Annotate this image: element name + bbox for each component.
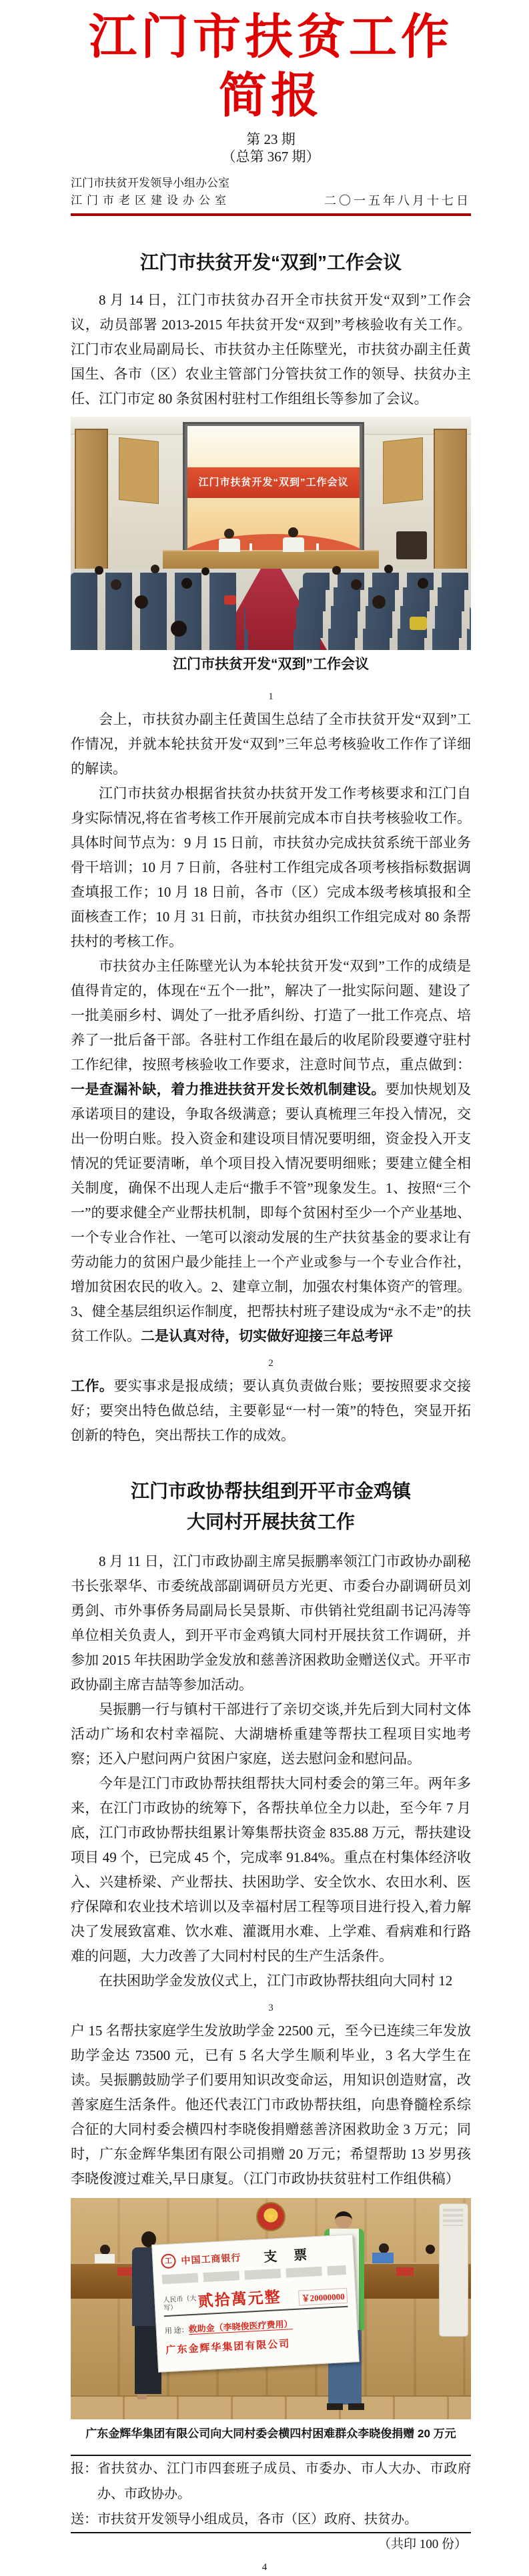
woman-foot <box>137 2394 147 2399</box>
p4-tail: 要实事求是报成绩；要认真负责做台账；要按照要求交接好；要突出特色做总结，主要彰显… <box>71 1378 471 1443</box>
man-shoe <box>348 2403 364 2410</box>
red-name-card <box>396 2267 414 2276</box>
check-purpose-label: 用 途： <box>165 2326 189 2335</box>
right-wood-panel <box>383 437 423 504</box>
issue-date: 二〇一五年八月十七日 <box>324 191 471 209</box>
national-emblem: ★ <box>256 2202 286 2231</box>
masthead: 江门市扶贫工作简报 第 23 期 （总第 367 期） 江门市扶贫开发领导小组办… <box>71 8 471 216</box>
cumulative-issue-number: （总第 367 期） <box>71 148 471 165</box>
p4-bold-continued: 工作。 <box>71 1378 113 1394</box>
attendee-head <box>384 565 393 573</box>
giant-check: 工 中国工商银行 支 票 人民币（大写） 贰拾萬元整 ￥20000000 用 途… <box>151 2234 360 2373</box>
article1-paragraph-2: 会上，市扶贫办副主任黄国生总结了全市扶贫开发“双到”工作情况，并就本轮扶贫开发“… <box>71 707 471 781</box>
check-title: 支 票 <box>263 2243 314 2265</box>
attendee-head <box>201 567 209 575</box>
page-number-1: 1 <box>71 690 471 703</box>
attendee-red-shirt <box>224 595 236 605</box>
send-to-row: 送： 市扶贫开发领导小组成员，各市（区）政府、扶贫办。 <box>71 2507 471 2532</box>
projection-screen: 江门市扶贫开发“双到”工作会议 <box>183 422 364 557</box>
check-rmb-label: 人民币（大写） <box>163 2295 198 2313</box>
attendee-head <box>151 565 159 573</box>
speaker1-head <box>224 529 234 539</box>
seated-person-head <box>100 2245 110 2255</box>
print-copies: （共印 100 份） <box>71 2533 471 2556</box>
attendee-head <box>351 579 362 590</box>
speaker2-shirt <box>283 537 304 552</box>
issue-number: 第 23 期 <box>71 131 471 148</box>
page-number-3: 3 <box>71 2001 471 2015</box>
bulletin-page: 江门市扶贫工作简报 第 23 期 （总第 367 期） 江门市扶贫开发领导小组办… <box>0 0 529 2576</box>
page-number-2: 2 <box>71 1357 471 1370</box>
office-line-1: 江门市扶贫开发领导小组办公室 <box>71 175 231 192</box>
tiled-floor <box>71 2395 471 2419</box>
send-to-list: 市扶贫开发领导小组成员，各市（区）政府、扶贫办。 <box>97 2507 471 2532</box>
report-to-row: 报： 省扶贫办、江门市四套班子成员、市委办、市人大办、市政府办、市政协办。 <box>71 2456 471 2507</box>
attendee-head <box>181 578 192 589</box>
article2-paragraph-4a: 在扶困助学金发放仪式上，江门市政协帮扶组向大同村 12 <box>71 1969 471 1993</box>
slide: 江门市扶贫开发“双到”工作会议 <box>187 426 360 553</box>
check-amount-words: 贰拾萬元整 <box>197 2285 282 2311</box>
masthead-rule <box>71 213 471 216</box>
seated-person-shirt <box>95 2254 115 2263</box>
check-company: 广东金辉华集团有限公司 <box>165 2333 350 2357</box>
p4-bold-point-2: 二是认真对待，切实做好迎接三年总考评 <box>141 1328 393 1344</box>
check-amount-row: 人民币（大写） 贰拾萬元整 ￥20000000 <box>163 2281 348 2317</box>
report-to-list: 省扶贫办、江门市四套班子成员、市委办、市人大办、市政府办、市政协办。 <box>97 2456 471 2507</box>
check-bank-name: 中国工商银行 <box>181 2251 241 2267</box>
article-2: 江门市政协帮扶组到开平市金鸡镇大同村开展扶贫工作 8 月 11 日，江门市政协副… <box>71 1476 471 2443</box>
attendee-head <box>418 578 428 589</box>
speaker-2 <box>283 527 304 552</box>
article2-paragraph-3: 今年是江门市政协帮扶组帮扶大同村委会的第三年。两年多来，在江门市政协的统筹下，各… <box>71 1771 471 1969</box>
photo1-caption: 江门市扶贫开发“双到”工作会议 <box>71 655 471 674</box>
p4-bold-point-1: 一是查漏补缺，着力推进扶贫开发长效机制建设。 <box>71 1081 386 1097</box>
seated-person-blue-shirt <box>372 2253 394 2263</box>
left-wood-panel <box>119 437 159 504</box>
article2-title: 江门市政协帮扶组到开平市金鸡镇大同村开展扶贫工作 <box>71 1476 471 1537</box>
ac-vent <box>443 2209 463 2226</box>
article-1: 江门市扶贫开发“双到”工作会议 8 月 14 日，江门市扶贫办召开全市扶贫开发“… <box>71 249 471 1448</box>
article1-title: 江门市扶贫开发“双到”工作会议 <box>71 249 471 276</box>
masthead-offices-row: 江门市扶贫开发领导小组办公室 江门市老区建设办公室 二〇一五年八月十七日 <box>71 175 471 209</box>
article1-paragraph-4: 市扶贫办主任陈壁光认为本轮扶贫开发“双到”工作的成绩是值得肯定的，体现在“五个一… <box>71 954 471 1349</box>
article2-title-line2: 大同村开展扶贫工作 <box>187 1511 355 1532</box>
attendee-head <box>95 566 103 575</box>
p4-middle: 要加快规划及承诺项目的建设，争取各级满意；要认真梳理三年投入情况，交出一份明白账… <box>71 1081 471 1344</box>
p4-lead: 市扶贫办主任陈壁光认为本轮扶贫开发“双到”工作的成绩是值得肯定的，体现在“五个一… <box>71 958 471 1073</box>
office-line-2: 江门市老区建设办公室 <box>71 192 231 209</box>
attendee-head <box>171 621 187 637</box>
audience-row <box>294 629 471 650</box>
attendee-head <box>135 595 148 609</box>
article1-paragraph-1: 8 月 14 日，江门市扶贫办召开全市扶贫开发“双到”工作会议，动员部署 201… <box>71 288 471 411</box>
report-to-label: 报： <box>71 2456 97 2507</box>
article2-paragraph-4b: 户 15 名帮扶家庭学生发放助学金 22500 元，至今已连续三年发放助学金达 … <box>71 2019 471 2191</box>
article2-paragraph-1: 8 月 11 日，江门市政协副主席吴振鹏率领江门市政协办副秘书长张翠华、市委统战… <box>71 1549 471 1697</box>
article2-paragraph-2: 吴振鹏一行与镇村干部进行了亲切交谈,并先后到大同村文体活动广场和农村幸福院、大湖… <box>71 1697 471 1771</box>
speaker-1 <box>219 529 240 552</box>
photo-meeting-room: 江门市扶贫开发“双到”工作会议 <box>71 417 471 650</box>
article1-paragraph-3: 江门市扶贫办根据省扶贫办扶贫开发工作考核要求和江门自身实际情况,将在省考核工作开… <box>71 781 471 954</box>
attendee-head <box>111 579 121 590</box>
man-head <box>335 2211 352 2229</box>
article1-paragraph-4-continued: 工作。要实事求是报成绩；要认真负责做台账；要按照要求交接好；要突出特色做总结，主… <box>71 1374 471 1448</box>
slide-title-text: 江门市扶贫开发“双到”工作会议 <box>187 467 360 498</box>
left-door <box>75 429 108 585</box>
water-bottle <box>249 543 252 551</box>
seated-person-head <box>426 2245 435 2254</box>
right-door <box>434 429 467 585</box>
bulletin-title: 江门市扶贫工作简报 <box>71 8 471 125</box>
seated-person-head <box>379 2243 389 2253</box>
photo-check-donation: ★ <box>71 2198 471 2419</box>
page-number-4: 4 <box>0 2562 529 2573</box>
attendee-head <box>372 595 386 609</box>
send-to-label: 送： <box>71 2507 97 2532</box>
distribution-footer: 报： 省扶贫办、江门市四套班子成员、市委办、市人大办、市政府办、市政协办。 送：… <box>0 2455 529 2576</box>
check-purpose-row: 用 途：救助金（李晓俊医疗费用） <box>164 2314 349 2336</box>
check-purpose-value: 救助金（李晓俊医疗费用） <box>188 2319 293 2335</box>
speaker-box <box>396 531 427 559</box>
man-shoe <box>327 2403 343 2410</box>
photo2-caption: 广东金辉华集团有限公司向大同村委会横四村困难群众李晓俊捐赠 20 万元 <box>71 2425 471 2443</box>
article2-title-line1: 江门市政协帮扶组到开平市金鸡镇 <box>131 1481 411 1501</box>
audience-row <box>71 629 248 650</box>
speaker1-shirt <box>219 539 240 552</box>
icbc-bank-logo-icon: 工 <box>161 2253 176 2269</box>
issuing-offices: 江门市扶贫开发领导小组办公室 江门市老区建设办公室 <box>71 175 231 209</box>
attendee-head <box>332 566 341 575</box>
attendee-yellow-shirt <box>410 617 427 630</box>
speaker2-head <box>288 527 298 537</box>
check-amount-digits: ￥20000000 <box>298 2288 348 2306</box>
water-bottle <box>316 543 319 551</box>
